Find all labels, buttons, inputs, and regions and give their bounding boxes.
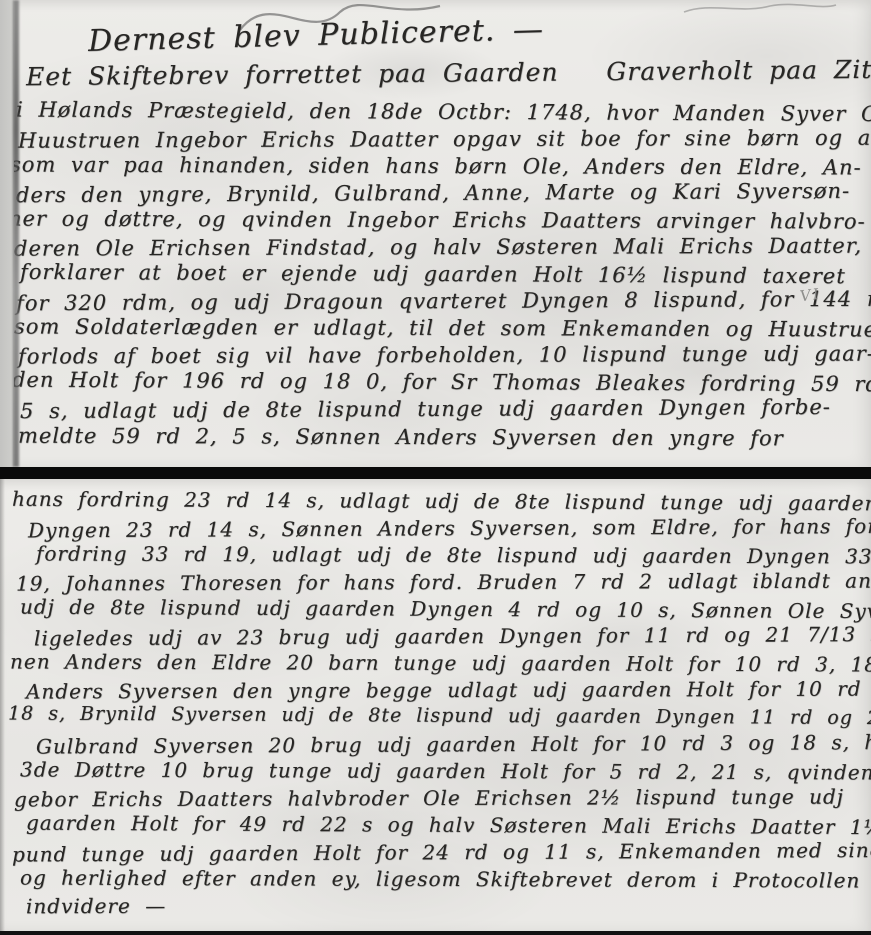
page-spine-edge [0,479,5,931]
manuscript-line: deren Ole Erichsen Findstad, og halv Søs… [14,233,871,260]
manuscript-line: Dernest blev Publiceret. — [88,12,545,59]
manuscript-line: meldte 59 rd 2, 5 s, Sønnen Anders Syver… [18,424,784,451]
manuscript-line: 5 s, udlagt udj de 8te lispund tunge udj… [20,395,831,423]
manuscript-line: Huustruen Ingebor Erichs Daatter opgav s… [18,125,871,152]
manuscript-line: som var paa hinanden, siden hans børn Ol… [10,153,862,180]
manuscript-line: 3de Døttre 10 brug tunge udj gaarden Hol… [20,757,871,784]
scan-divider [0,467,871,479]
page-spine-edge [13,0,19,467]
manuscript-line: gebor Erichs Daatters halvbroder Ole Eri… [14,785,844,812]
manuscript-line: for 320 rdm, og udj Dragoun qvarteret Dy… [16,287,871,316]
manuscript-line: nen Anders den Eldre 20 barn tunge udj g… [10,649,871,676]
manuscript-line: fordring 33 rd 19, udlagt udj de 8te lis… [36,541,871,568]
document-scan: Dernest blev Publiceret. —Eet Skiftebrev… [0,0,871,935]
manuscript-line: pund tunge udj gaarden Holt for 24 rd og… [12,838,871,867]
manuscript-line: Gulbrand Syversen 20 brug udj gaarden Ho… [36,730,871,759]
manuscript-line: Eet Skiftebrev forrettet paa Gaarden Gra… [26,54,871,91]
manuscript-line: som Soldaterlægden er udlagt, til det so… [14,314,871,341]
marginal-note: VI [799,285,822,306]
manuscript-line: indvidere — [26,894,166,918]
manuscript-line: ner og døttre, og qvinden Ingebor Erichs… [8,207,866,234]
manuscript-line: den Holt for 196 rd og 18 0, for Sr Thom… [12,368,871,397]
manuscript-line: Dyngen 23 rd 14 s, Sønnen Anders Syverse… [28,514,871,543]
manuscript-line: 19, Johannes Thoresen for hans ford. Bru… [16,568,871,595]
manuscript-line: ders den yngre, Brynild, Gulbrand, Anne,… [16,179,850,207]
ink-flourish [680,0,840,18]
page-bottom: hans fordring 23 rd 14 s, udlagt udj de … [0,479,871,931]
manuscript-line: og herlighed efter anden ey, ligesom Ski… [20,866,860,893]
manuscript-line: ligeledes udj av 23 brug udj gaarden Dyn… [34,622,871,651]
manuscript-line: udj de 8te lispund udj gaarden Dyngen 4 … [20,595,871,624]
manuscript-line: gaarden Holt for 49 rd 22 s og halv Søst… [26,811,871,840]
page-top: Dernest blev Publiceret. —Eet Skiftebrev… [0,0,871,467]
manuscript-line: forlods af boet sig vil have forbeholden… [18,342,871,369]
manuscript-line: forklarer at boet er ejende udj gaarden … [20,260,846,288]
scan-matte-band [0,0,14,467]
manuscript-line: i Hølands Præstegield, den 18de Octbr: 1… [16,98,871,127]
manuscript-line: Anders Syversen den yngre begge udlagt u… [26,676,871,703]
scan-bottom-strip [0,931,871,935]
manuscript-line: hans fordring 23 rd 14 s, udlagt udj de … [12,487,871,516]
manuscript-line: 18 s, Brynild Syversen udj de 8te lispun… [8,702,871,729]
